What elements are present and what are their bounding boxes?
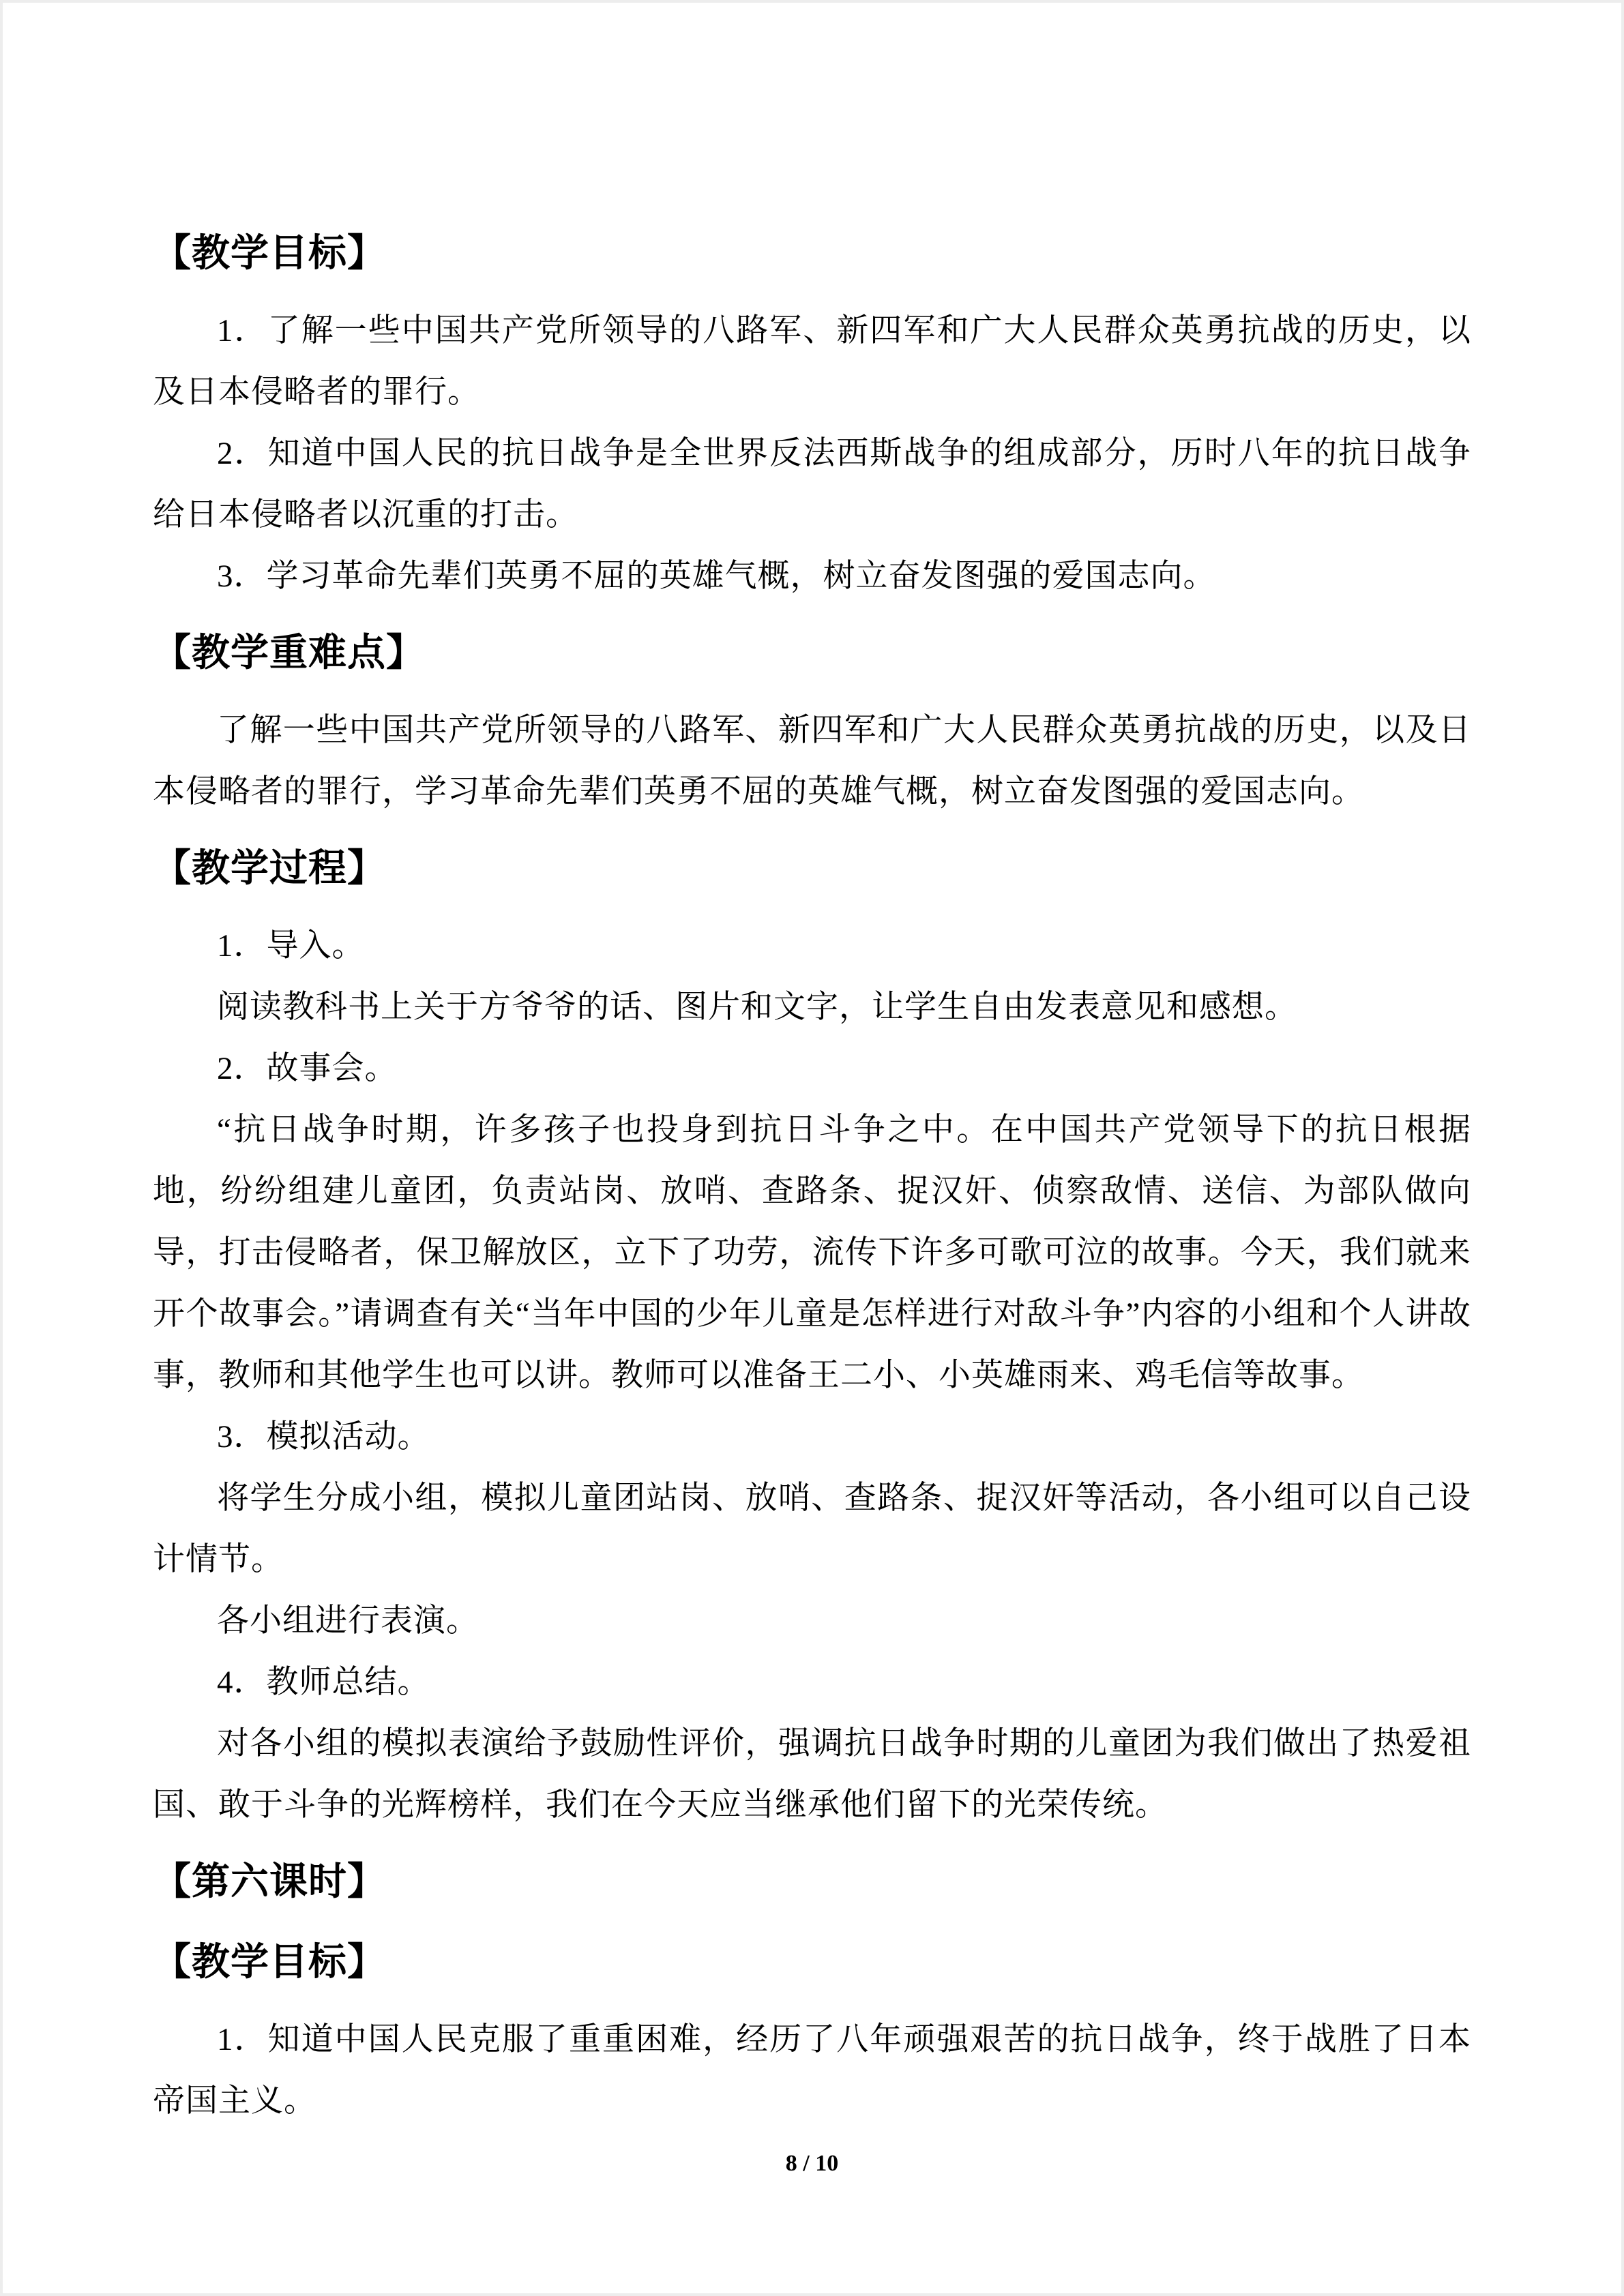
paragraph-step-4-detail: 对各小组的模拟表演给予鼓励性评价，强调抗日战争时期的儿童团为我们做出了热爱祖国、…: [153, 1713, 1471, 1836]
paragraph-objective-2: 2．知道中国人民的抗日战争是全世界反法西斯战争的组成部分，历时八年的抗日战争给日…: [153, 423, 1471, 546]
paragraph-step-2-story-meeting: 2．故事会。: [153, 1038, 1471, 1099]
paragraph-step-4-summary: 4．教师总结。: [153, 1652, 1471, 1713]
paragraph-objective-3: 3．学习革命先辈们英勇不屈的英雄气概，树立奋发图强的爱国志向。: [153, 546, 1471, 607]
heading-teaching-objectives: 【教学目标】: [153, 220, 1471, 288]
heading-teaching-objectives-2: 【教学目标】: [153, 1928, 1471, 1997]
paragraph-step-3-detail: 将学生分成小组，模拟儿童团站岗、放哨、查路条、捉汉奸等活动，各小组可以自己设计情…: [153, 1467, 1471, 1590]
paragraph-step-1-detail: 阅读教科书上关于方爷爷的话、图片和文字，让学生自由发表意见和感想。: [153, 976, 1471, 1038]
page-number: 8 / 10: [3, 2151, 1621, 2177]
paragraph-step-3-simulation: 3．模拟活动。: [153, 1406, 1471, 1467]
paragraph-step-1-intro: 1．导入。: [153, 915, 1471, 976]
heading-key-difficulties: 【教学重难点】: [153, 619, 1471, 687]
paragraph-lesson-six-objective-1: 1．知道中国人民克服了重重困难，经历了八年顽强艰苦的抗日战争，终于战胜了日本帝国…: [153, 2009, 1471, 2132]
paragraph-group-performance: 各小组进行表演。: [153, 1590, 1471, 1652]
paragraph-step-2-detail: “抗日战争时期，许多孩子也投身到抗日斗争之中。在中国共产党领导下的抗日根据地，纷…: [153, 1099, 1471, 1406]
paragraph-objective-1: 1．了解一些中国共产党所领导的八路军、新四军和广大人民群众英勇抗战的历史，以及日…: [153, 300, 1471, 423]
paragraph-key-difficulties: 了解一些中国共产党所领导的八路军、新四军和广大人民群众英勇抗战的历史，以及日本侵…: [153, 700, 1471, 822]
heading-lesson-six: 【第六课时】: [153, 1848, 1471, 1916]
document-page: 【教学目标】 1．了解一些中国共产党所领导的八路军、新四军和广大人民群众英勇抗战…: [0, 0, 1624, 2296]
document-body: 【教学目标】 1．了解一些中国共产党所领导的八路军、新四军和广大人民群众英勇抗战…: [3, 3, 1621, 2132]
heading-teaching-process: 【教学过程】: [153, 835, 1471, 903]
